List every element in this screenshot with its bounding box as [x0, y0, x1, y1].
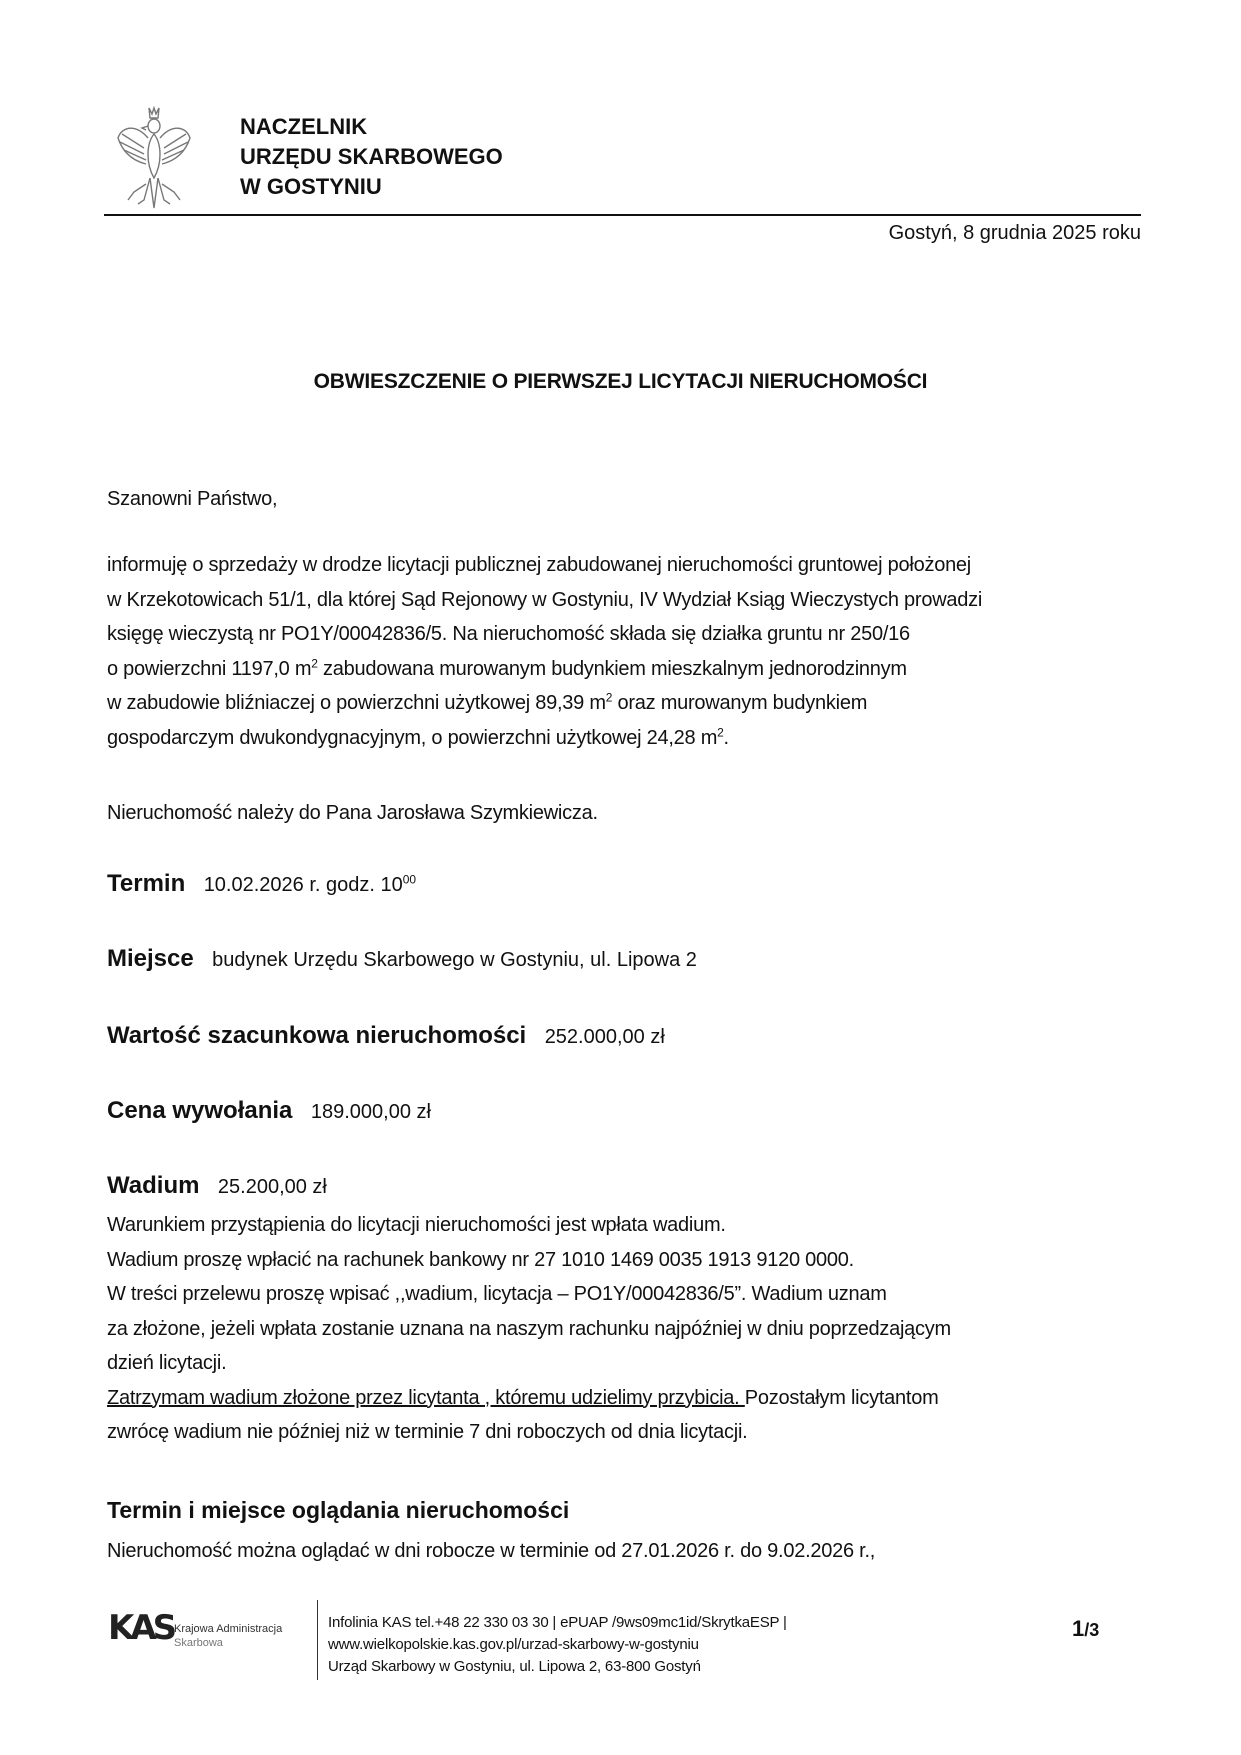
- footer-hotline: Infolinia KAS tel.+48 22 330 03 30 | ePU…: [328, 1612, 787, 1634]
- auction-place-label: Miejsce: [107, 945, 194, 972]
- intro-line: gospodarczym dwukondygnacyjnym, o powier…: [107, 721, 982, 756]
- deposit-retention-note: Zatrzymam wadium złożone przez licytanta…: [107, 1387, 745, 1409]
- intro-line: o powierzchni 1197,0 m2 zabudowana murow…: [107, 652, 982, 687]
- page-total: /3: [1084, 1620, 1099, 1640]
- estimated-value-amount: 252.000,00 zł: [545, 1026, 665, 1048]
- starting-price-row: Cena wywołania 189.000,00 zł: [107, 1097, 431, 1125]
- estimated-value-row: Wartość szacunkowa nieruchomości 252.000…: [107, 1022, 665, 1050]
- header-divider: [104, 214, 1141, 216]
- intro-text: zabudowana murowanym budynkiem mieszkaln…: [318, 658, 907, 680]
- viewing-text: Nieruchomość można oglądać w dni robocze…: [107, 1534, 875, 1569]
- deposit-amount: 25.200,00 zł: [218, 1176, 327, 1198]
- intro-text: o powierzchni 1197,0 m: [107, 658, 311, 680]
- deposit-label: Wadium: [107, 1172, 199, 1199]
- footer-website: www.wielkopolskie.kas.gov.pl/urzad-skarb…: [328, 1634, 787, 1656]
- deposit-text: Pozostałym licytantom: [745, 1387, 939, 1409]
- page-current: 1: [1072, 1616, 1084, 1641]
- auction-date-value: 10.02.2026 r. godz. 1000: [204, 874, 416, 896]
- kas-name-sub: Skarbowa: [174, 1636, 282, 1650]
- intro-text: w zabudowie bliźniaczej o powierzchni uż…: [107, 692, 606, 714]
- kas-logo-icon: KAS: [108, 1608, 173, 1648]
- document-page: NACZELNIK URZĘDU SKARBOWEGO W GOSTYNIU G…: [0, 0, 1241, 1755]
- office-line: W GOSTYNIU: [240, 172, 503, 202]
- intro-line: w Krzekotowicach 51/1, dla której Sąd Re…: [107, 583, 982, 618]
- intro-text: oraz murowanym budynkiem: [612, 692, 867, 714]
- intro-paragraph: informuję o sprzedaży w drodze licytacji…: [107, 548, 982, 755]
- deposit-line: W treści przelewu proszę wpisać ,,wadium…: [107, 1277, 951, 1312]
- auction-place-row: Miejsce budynek Urzędu Skarbowego w Gost…: [107, 945, 697, 973]
- issuing-office: NACZELNIK URZĘDU SKARBOWEGO W GOSTYNIU: [240, 112, 503, 202]
- starting-price-amount: 189.000,00 zł: [311, 1101, 431, 1123]
- auction-place-value: budynek Urzędu Skarbowego w Gostyniu, ul…: [212, 949, 697, 971]
- kas-logo-text: Krajowa Administracja Skarbowa: [174, 1622, 282, 1650]
- estimated-value-label: Wartość szacunkowa nieruchomości: [107, 1022, 526, 1049]
- auction-time-minutes: 00: [403, 872, 416, 886]
- footer-divider: [317, 1600, 318, 1680]
- auction-date-label: Termin: [107, 870, 185, 897]
- intro-line: w zabudowie bliźniaczej o powierzchni uż…: [107, 686, 982, 721]
- auction-date-row: Termin 10.02.2026 r. godz. 1000: [107, 870, 416, 898]
- document-date: Gostyń, 8 grudnia 2025 roku: [889, 222, 1141, 245]
- greeting: Szanowni Państwo,: [107, 482, 277, 517]
- kas-name: Krajowa Administracja: [174, 1622, 282, 1636]
- page-number: 1/3: [1072, 1616, 1099, 1642]
- intro-text: gospodarczym dwukondygnacyjnym, o powier…: [107, 727, 717, 749]
- intro-line: informuję o sprzedaży w drodze licytacji…: [107, 548, 982, 583]
- viewing-heading: Termin i miejsce oglądania nieruchomości: [107, 1497, 569, 1524]
- deposit-instructions: Warunkiem przystąpienia do licytacji nie…: [107, 1208, 951, 1450]
- polish-eagle-emblem-icon: [116, 104, 192, 212]
- starting-price-label: Cena wywołania: [107, 1097, 292, 1124]
- owner-statement: Nieruchomość należy do Pana Jarosława Sz…: [107, 796, 598, 831]
- deposit-line: Wadium proszę wpłacić na rachunek bankow…: [107, 1243, 951, 1278]
- deposit-row: Wadium 25.200,00 zł: [107, 1172, 327, 1200]
- auction-date-text: 10.02.2026 r. godz. 10: [204, 874, 403, 896]
- intro-line: księgę wieczystą nr PO1Y/00042836/5. Na …: [107, 617, 982, 652]
- deposit-line: za złożone, jeżeli wpłata zostanie uznan…: [107, 1312, 951, 1347]
- deposit-line: dzień licytacji.: [107, 1346, 951, 1381]
- kas-logo: KAS Krajowa Administracja Skarbowa: [108, 1608, 308, 1658]
- intro-text: .: [724, 727, 729, 749]
- deposit-line: zwrócę wadium nie później niż w terminie…: [107, 1415, 951, 1450]
- office-line: NACZELNIK: [240, 112, 503, 142]
- document-title: OBWIESZCZENIE O PIERWSZEJ LICYTACJI NIER…: [0, 370, 1241, 394]
- office-line: URZĘDU SKARBOWEGO: [240, 142, 503, 172]
- footer-address: Urząd Skarbowy w Gostyniu, ul. Lipowa 2,…: [328, 1656, 787, 1678]
- footer-contact-info: Infolinia KAS tel.+48 22 330 03 30 | ePU…: [328, 1612, 787, 1678]
- deposit-line: Zatrzymam wadium złożone przez licytanta…: [107, 1381, 951, 1416]
- deposit-line: Warunkiem przystąpienia do licytacji nie…: [107, 1208, 951, 1243]
